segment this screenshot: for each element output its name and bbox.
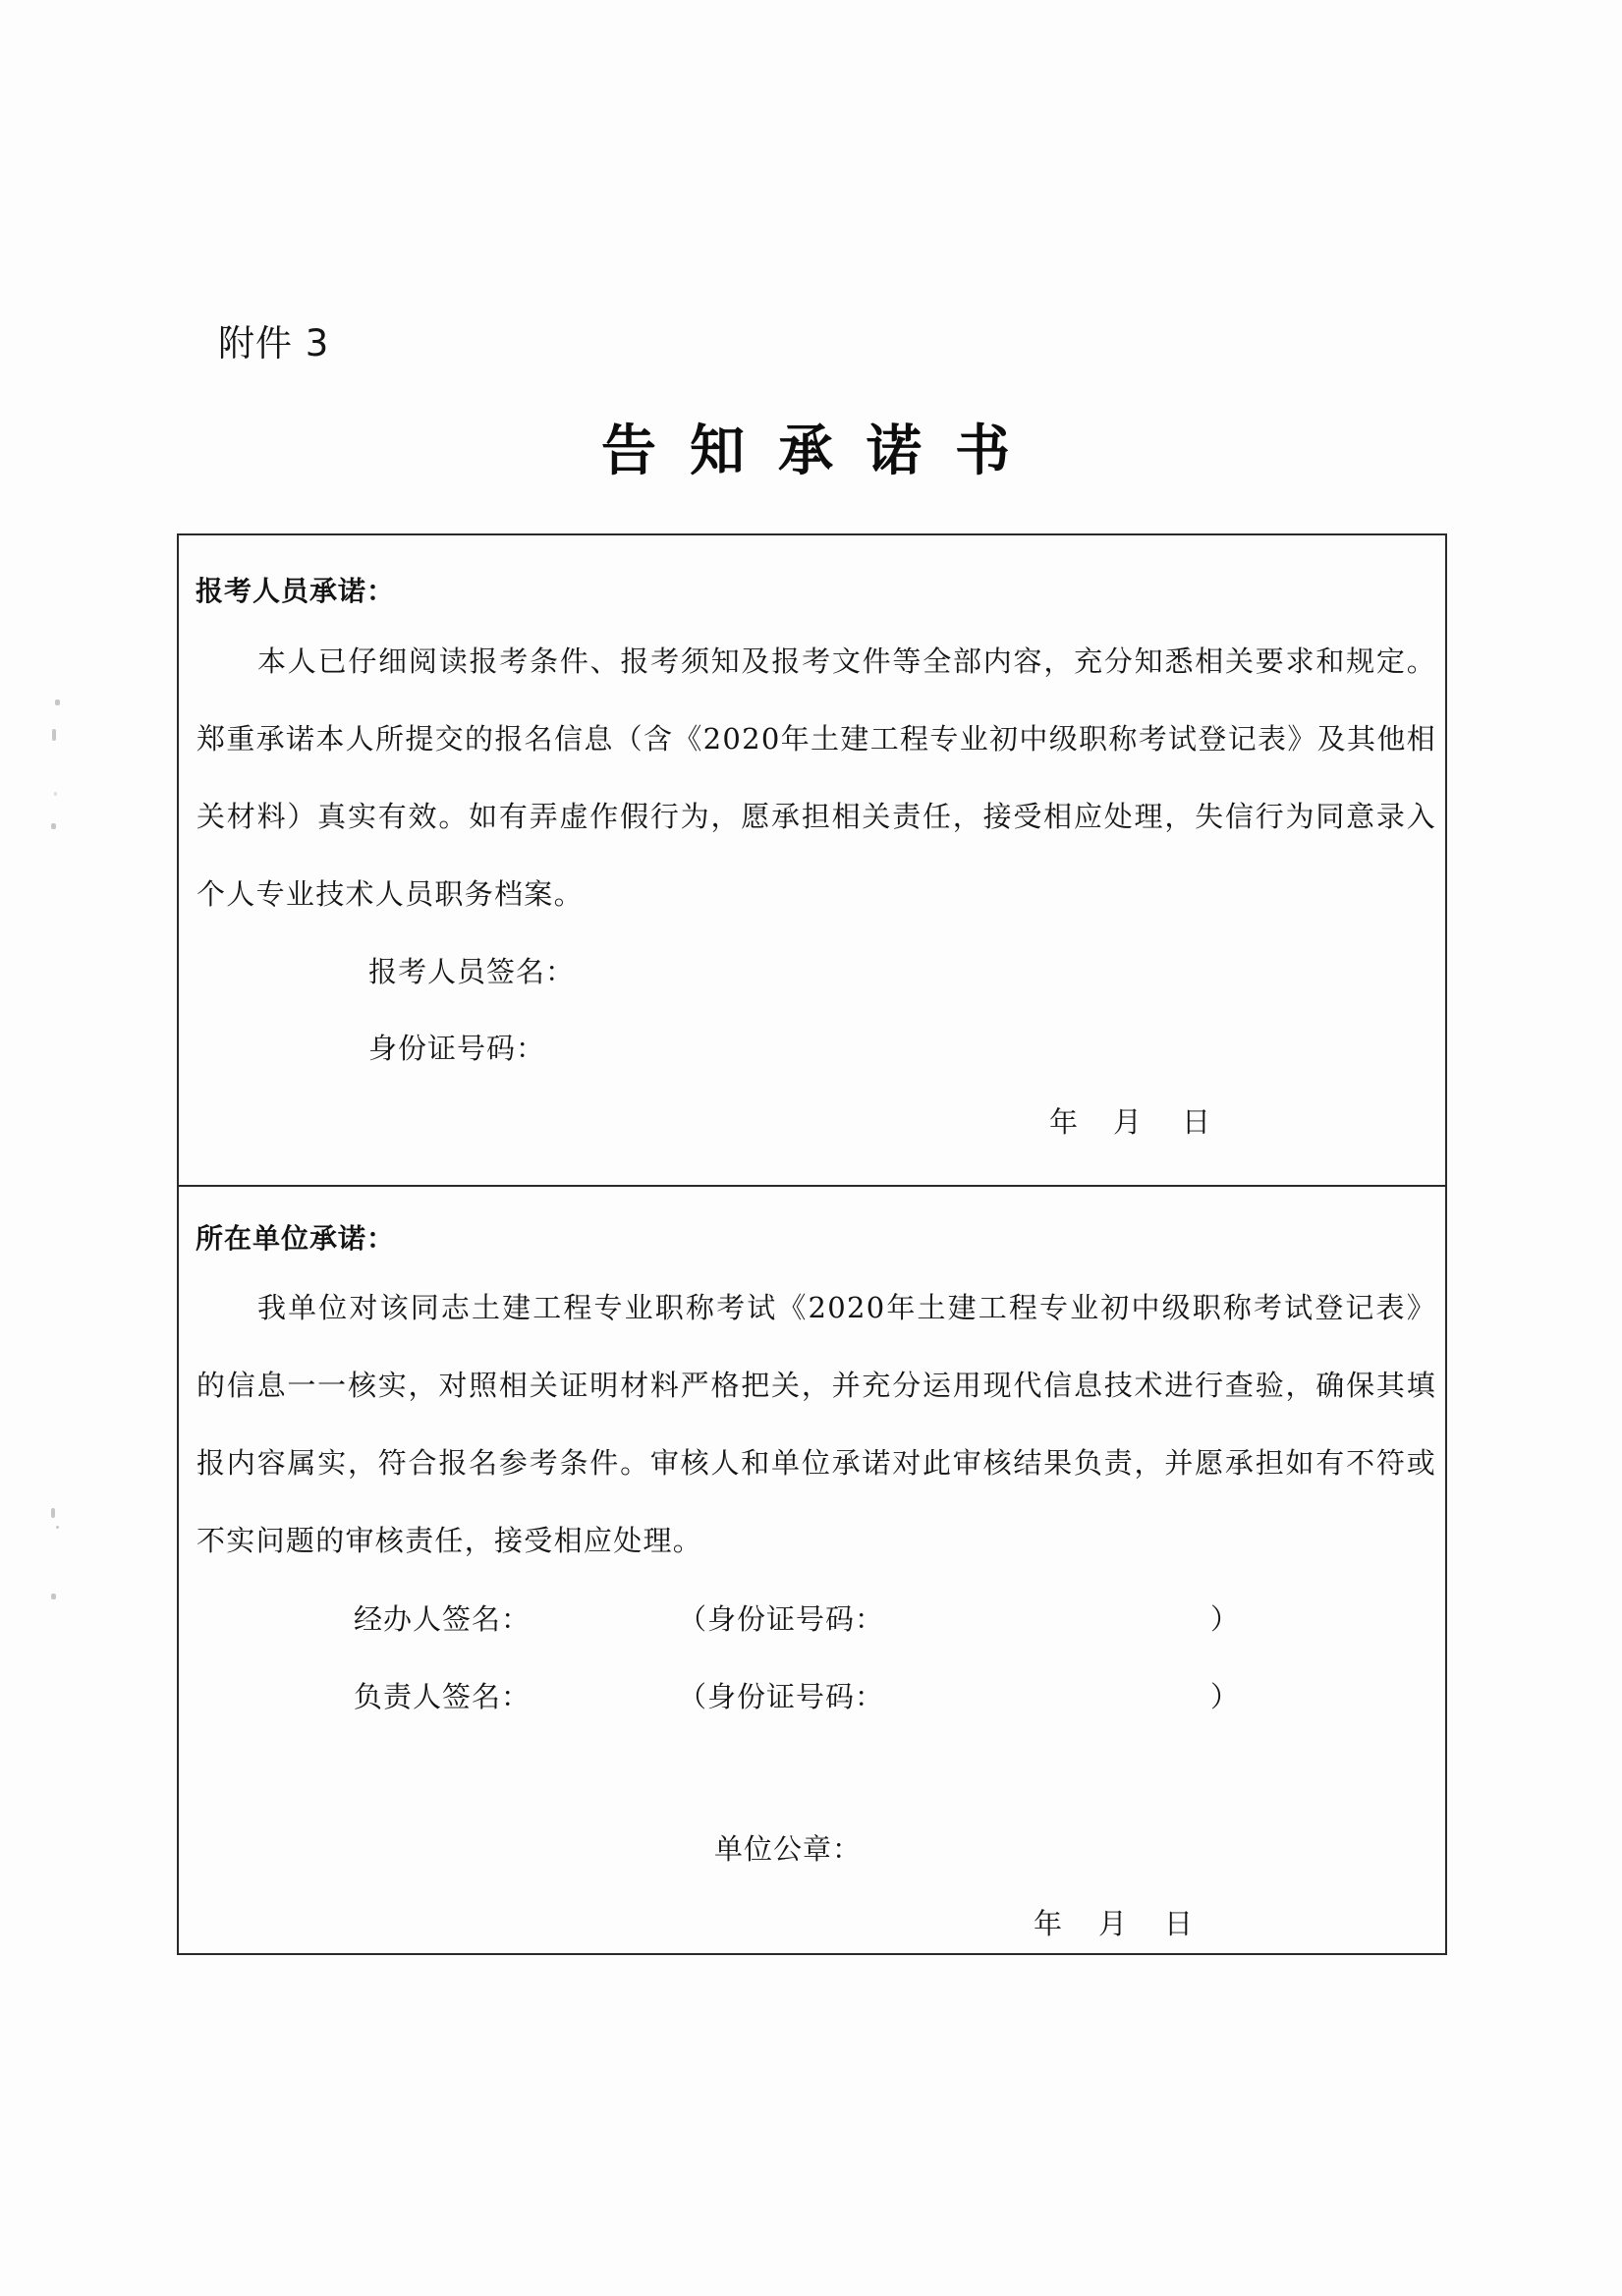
responsible-id-label: （身份证号码： bbox=[678, 1680, 884, 1713]
applicant-commitment-paragraph: 本人已仔细阅读报考条件、报考须知及报考文件等全部内容，充分知悉相关要求和规定。郑… bbox=[196, 623, 1436, 933]
handler-signature-label: 经办人签名： bbox=[354, 1602, 531, 1636]
date-year: 年 bbox=[1034, 1907, 1062, 1940]
applicant-id-number-label: 身份证号码： bbox=[368, 1032, 545, 1065]
applicant-commitment-section: 报考人员承诺： 本人已仔细阅读报考条件、报考须知及报考文件等全部内容，充分知悉相… bbox=[179, 535, 1445, 1185]
unit-commitment-section: 所在单位承诺： 我单位对该同志土建工程专业职称考试《2020年土建工程专业初中级… bbox=[179, 1185, 1445, 1955]
applicant-signature-label: 报考人员签名： bbox=[368, 955, 575, 988]
responsible-signature-label: 负责人签名： bbox=[354, 1680, 531, 1713]
date-year: 年 bbox=[1049, 1105, 1078, 1139]
date-month: 月 bbox=[1098, 1907, 1127, 1940]
date-month: 月 bbox=[1113, 1105, 1142, 1139]
attachment-label: 附件 3 bbox=[218, 322, 329, 365]
scan-artifact bbox=[56, 1526, 59, 1529]
unit-seal-label: 单位公章： bbox=[714, 1832, 862, 1866]
responsible-id-close: ） bbox=[1210, 1680, 1240, 1713]
unit-section-heading: 所在单位承诺： bbox=[196, 1222, 395, 1256]
scan-artifact bbox=[51, 1508, 55, 1518]
unit-commitment-paragraph: 我单位对该同志土建工程专业职称考试《2020年土建工程专业初中级职称考试登记表》… bbox=[196, 1269, 1436, 1580]
commitment-form-table: 报考人员承诺： 本人已仔细阅读报考条件、报考须知及报考文件等全部内容，充分知悉相… bbox=[177, 533, 1447, 1955]
scan-artifact bbox=[52, 729, 56, 741]
scan-artifact bbox=[51, 823, 56, 829]
scan-artifact bbox=[55, 700, 60, 705]
handler-id-label: （身份证号码： bbox=[678, 1602, 884, 1636]
document-page: 附件 3 告知承诺书 报考人员承诺： 本人已仔细阅读报考条件、报考须知及报考文件… bbox=[0, 0, 1622, 2296]
date-day: 日 bbox=[1164, 1907, 1193, 1940]
date-day: 日 bbox=[1182, 1105, 1210, 1139]
scan-artifact bbox=[51, 1594, 56, 1599]
scan-artifact bbox=[54, 792, 57, 796]
applicant-section-heading: 报考人员承诺： bbox=[196, 575, 395, 608]
handler-id-close: ） bbox=[1210, 1602, 1240, 1636]
document-title: 告知承诺书 bbox=[601, 417, 1034, 485]
